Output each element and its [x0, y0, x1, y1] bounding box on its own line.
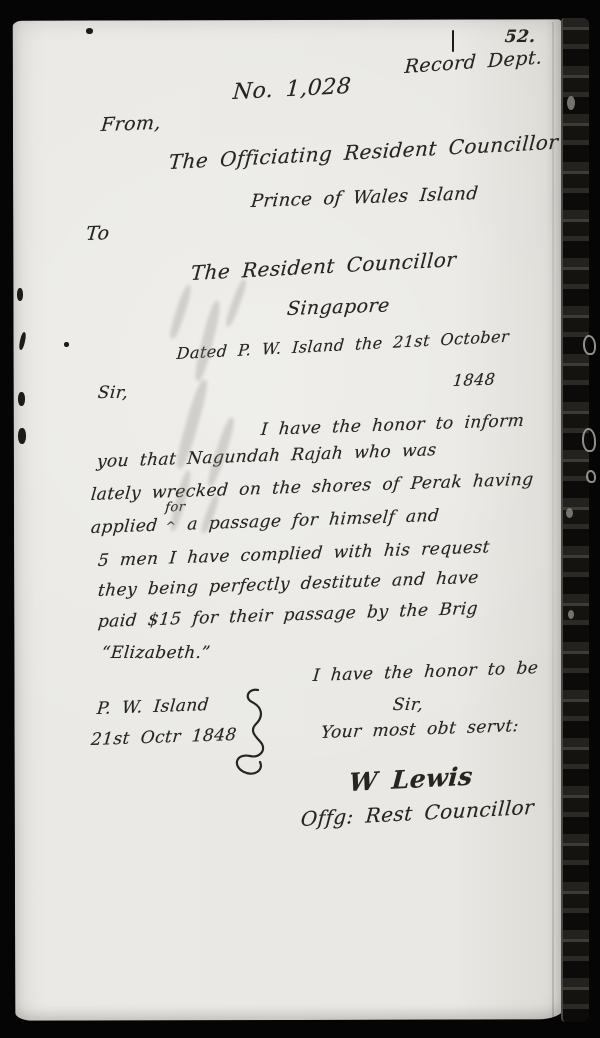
binding-thread-mark: [583, 335, 596, 355]
binding-fleck: [568, 610, 574, 619]
closing-line: Sir,: [392, 695, 424, 715]
place-line: P. W. Island: [96, 695, 210, 719]
flourish-squiggle-icon: [218, 686, 270, 778]
salutation: Sir,: [97, 383, 129, 403]
margin-ink-mark: [18, 428, 26, 444]
body-line-pre: applied: [90, 516, 159, 538]
binding-thread-mark: [582, 428, 596, 452]
book-binding-edge: [561, 18, 589, 1022]
ink-dot: [86, 28, 93, 34]
binding-fleck: [566, 508, 573, 518]
body-line: “Elizabeth.”: [101, 643, 211, 663]
from-label: From,: [100, 112, 162, 136]
archival-scan: 52. Record Dept. No. 1,028 From, The Off…: [0, 0, 600, 1038]
margin-ink-mark: [18, 392, 25, 406]
ink-stroke-mark: [452, 30, 454, 52]
binding-fleck: [567, 96, 575, 110]
margin-ink-mark: [17, 288, 23, 301]
page-crease: [552, 22, 554, 1018]
page-number: 52.: [504, 27, 537, 47]
dateline-year: 1848: [452, 370, 496, 390]
to-place: Singapore: [286, 294, 391, 320]
binding-thread-mark: [586, 470, 596, 483]
ink-dot: [64, 342, 69, 347]
to-label: To: [85, 222, 110, 245]
